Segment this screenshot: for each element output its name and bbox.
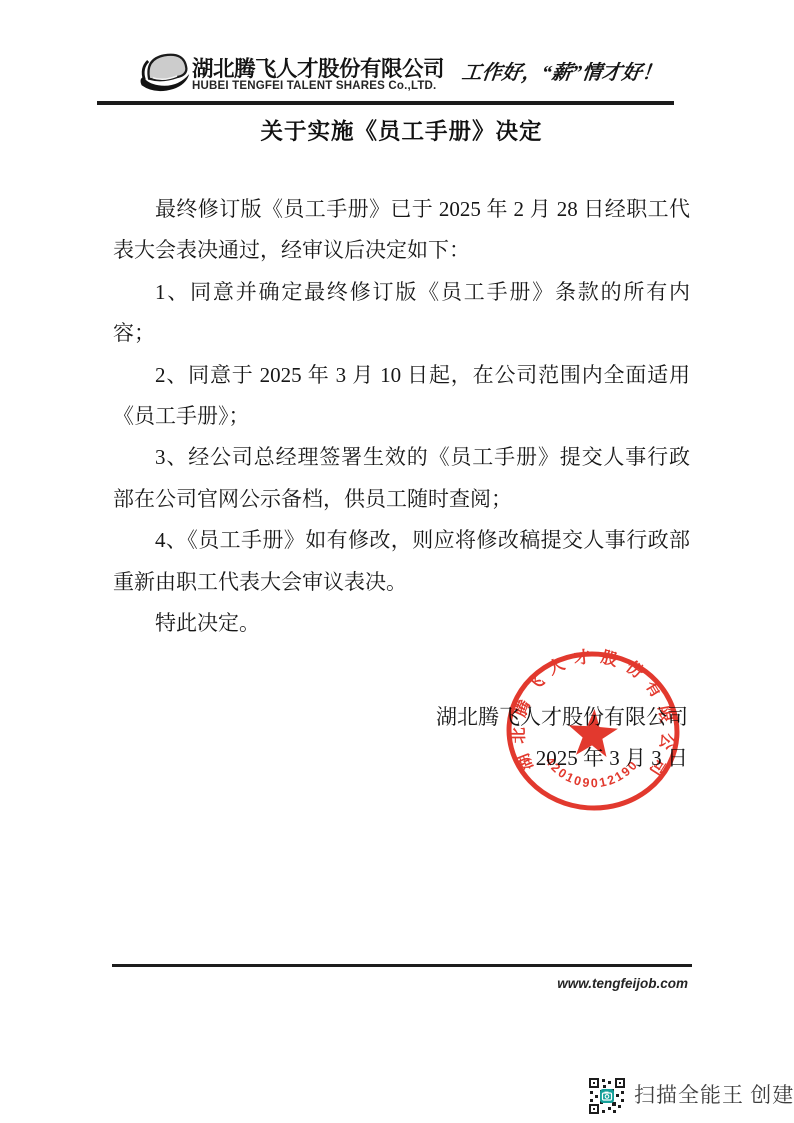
footer-website: www.tengfeijob.com [557, 976, 688, 991]
company-slogan: 工作好，“薪”情才好！ [460, 56, 663, 85]
paragraph-intro: 最终修订版《员工手册》已于 2025 年 2 月 28 日经职工代表大会表决通过… [113, 189, 690, 272]
camscanner-credit-label: 扫描全能王 创建 [634, 1079, 794, 1109]
seal-star [567, 707, 620, 757]
document-body: 最终修订版《员工手册》已于 2025 年 2 月 28 日经职工代表大会表决通过… [113, 189, 690, 644]
company-name-en: HUBEI TENGFEI TALENT SHARES Co.,LTD. [192, 80, 472, 92]
paragraph-item-2: 2、同意于 2025 年 3 月 10 日起，在公司范围内全面适用《员工手册》； [113, 355, 690, 438]
paragraph-item-1: 1、同意并确定最终修订版《员工手册》条款的所有内容； [113, 272, 690, 355]
paragraph-closing: 特此决定。 [113, 603, 690, 644]
document-title: 关于实施《员工手册》决定 [113, 114, 690, 146]
footer-divider [112, 964, 692, 967]
company-bird-logo-icon [136, 46, 192, 104]
paragraph-item-4: 4、《员工手册》如有修改，则应将修改稿提交人事行政部重新由职工代表大会审议表决。 [113, 520, 690, 603]
camscanner-qr-icon [588, 1077, 626, 1115]
document-page: 湖北腾飞人才股份有限公司 HUBEI TENGFEI TALENT SHARES… [0, 0, 794, 1123]
paragraph-item-3: 3、经公司总经理签署生效的《员工手册》提交人事行政部在公司官网公示备档，供员工随… [113, 437, 690, 520]
company-name-cn: 湖北腾飞人才股份有限公司 [192, 52, 452, 83]
company-seal-stamp: 湖北腾飞人才股份有限公司 4201090121901 [497, 642, 688, 820]
header-divider [97, 101, 674, 105]
